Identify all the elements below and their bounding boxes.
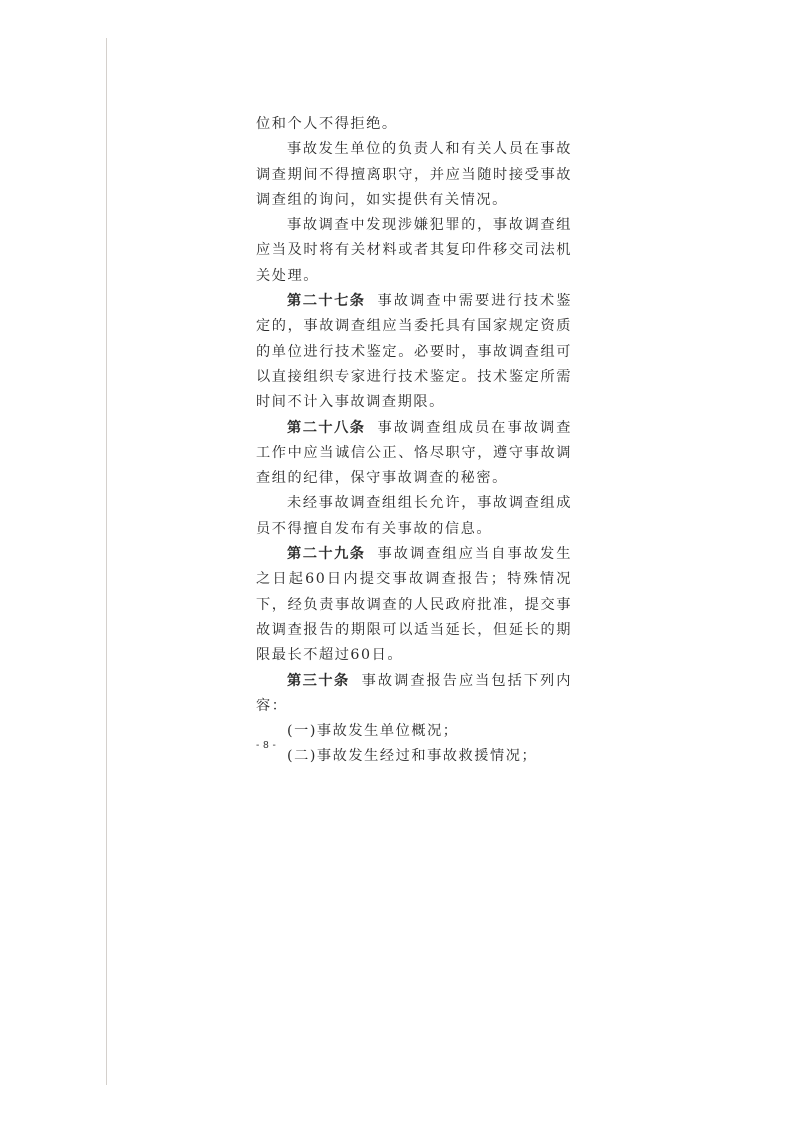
paragraph-criminal-referral: 事故调查中发现涉嫌犯罪的，事故调查组应当及时将有关材料或者其复印件移交司法机关处… (256, 213, 572, 289)
article-number: 第二十八条 (287, 420, 366, 436)
paragraph-text: 事故调查中需要进行技术鉴定的，事故调查组应当委托具有国家规定资质的单位进行技术鉴… (256, 293, 572, 410)
article-28: 第二十八条事故调查组成员在事故调查工作中应当诚信公正、恪尽职守，遵守事故调查组的… (256, 416, 572, 492)
paragraph-text: 事故发生单位的负责人和有关人员在事故调查期间不得擅离职守，并应当随时接受事故调查… (256, 141, 572, 208)
paragraph-text: 事故调查组应当自事故发生之日起60日内提交事故调查报告；特殊情况下，经负责事故调… (256, 546, 572, 663)
document-body: 位和个人不得拒绝。 事故发生单位的负责人和有关人员在事故调查期间不得擅离职守，并… (256, 112, 572, 770)
article-number: 第二十九条 (287, 546, 366, 562)
article-number: 第二十七条 (287, 293, 366, 309)
paragraph-text: (二)事故发生经过和事故救援情况； (287, 748, 537, 764)
paragraph-text: 位和个人不得拒绝。 (256, 116, 398, 132)
article-29: 第二十九条事故调查组应当自事故发生之日起60日内提交事故调查报告；特殊情况下，经… (256, 542, 572, 668)
article-27: 第二十七条事故调查中需要进行技术鉴定的，事故调查组应当委托具有国家规定资质的单位… (256, 289, 572, 415)
paragraph-text: 未经事故调查组组长允许，事故调查组成员不得擅自发布有关事故的信息。 (256, 495, 572, 536)
article-number: 第三十条 (287, 673, 350, 689)
paragraph-info-release: 未经事故调查组组长允许，事故调查组成员不得擅自发布有关事故的信息。 (256, 491, 572, 542)
list-item-1: (一)事故发生单位概况； (256, 719, 572, 744)
list-item-2: (二)事故发生经过和事故救援情况； (256, 744, 572, 769)
paragraph-investigation-duty: 事故发生单位的负责人和有关人员在事故调查期间不得擅离职守，并应当随时接受事故调查… (256, 137, 572, 213)
binding-margin-line (106, 38, 107, 1085)
paragraph-text: 事故调查中发现涉嫌犯罪的，事故调查组应当及时将有关材料或者其复印件移交司法机关处… (256, 217, 572, 284)
article-30: 第三十条事故调查报告应当包括下列内容： (256, 669, 572, 720)
paragraph-continuation: 位和个人不得拒绝。 (256, 112, 572, 137)
page-number: - 8 - (256, 740, 276, 751)
paragraph-text: (一)事故发生单位概况； (287, 723, 459, 739)
